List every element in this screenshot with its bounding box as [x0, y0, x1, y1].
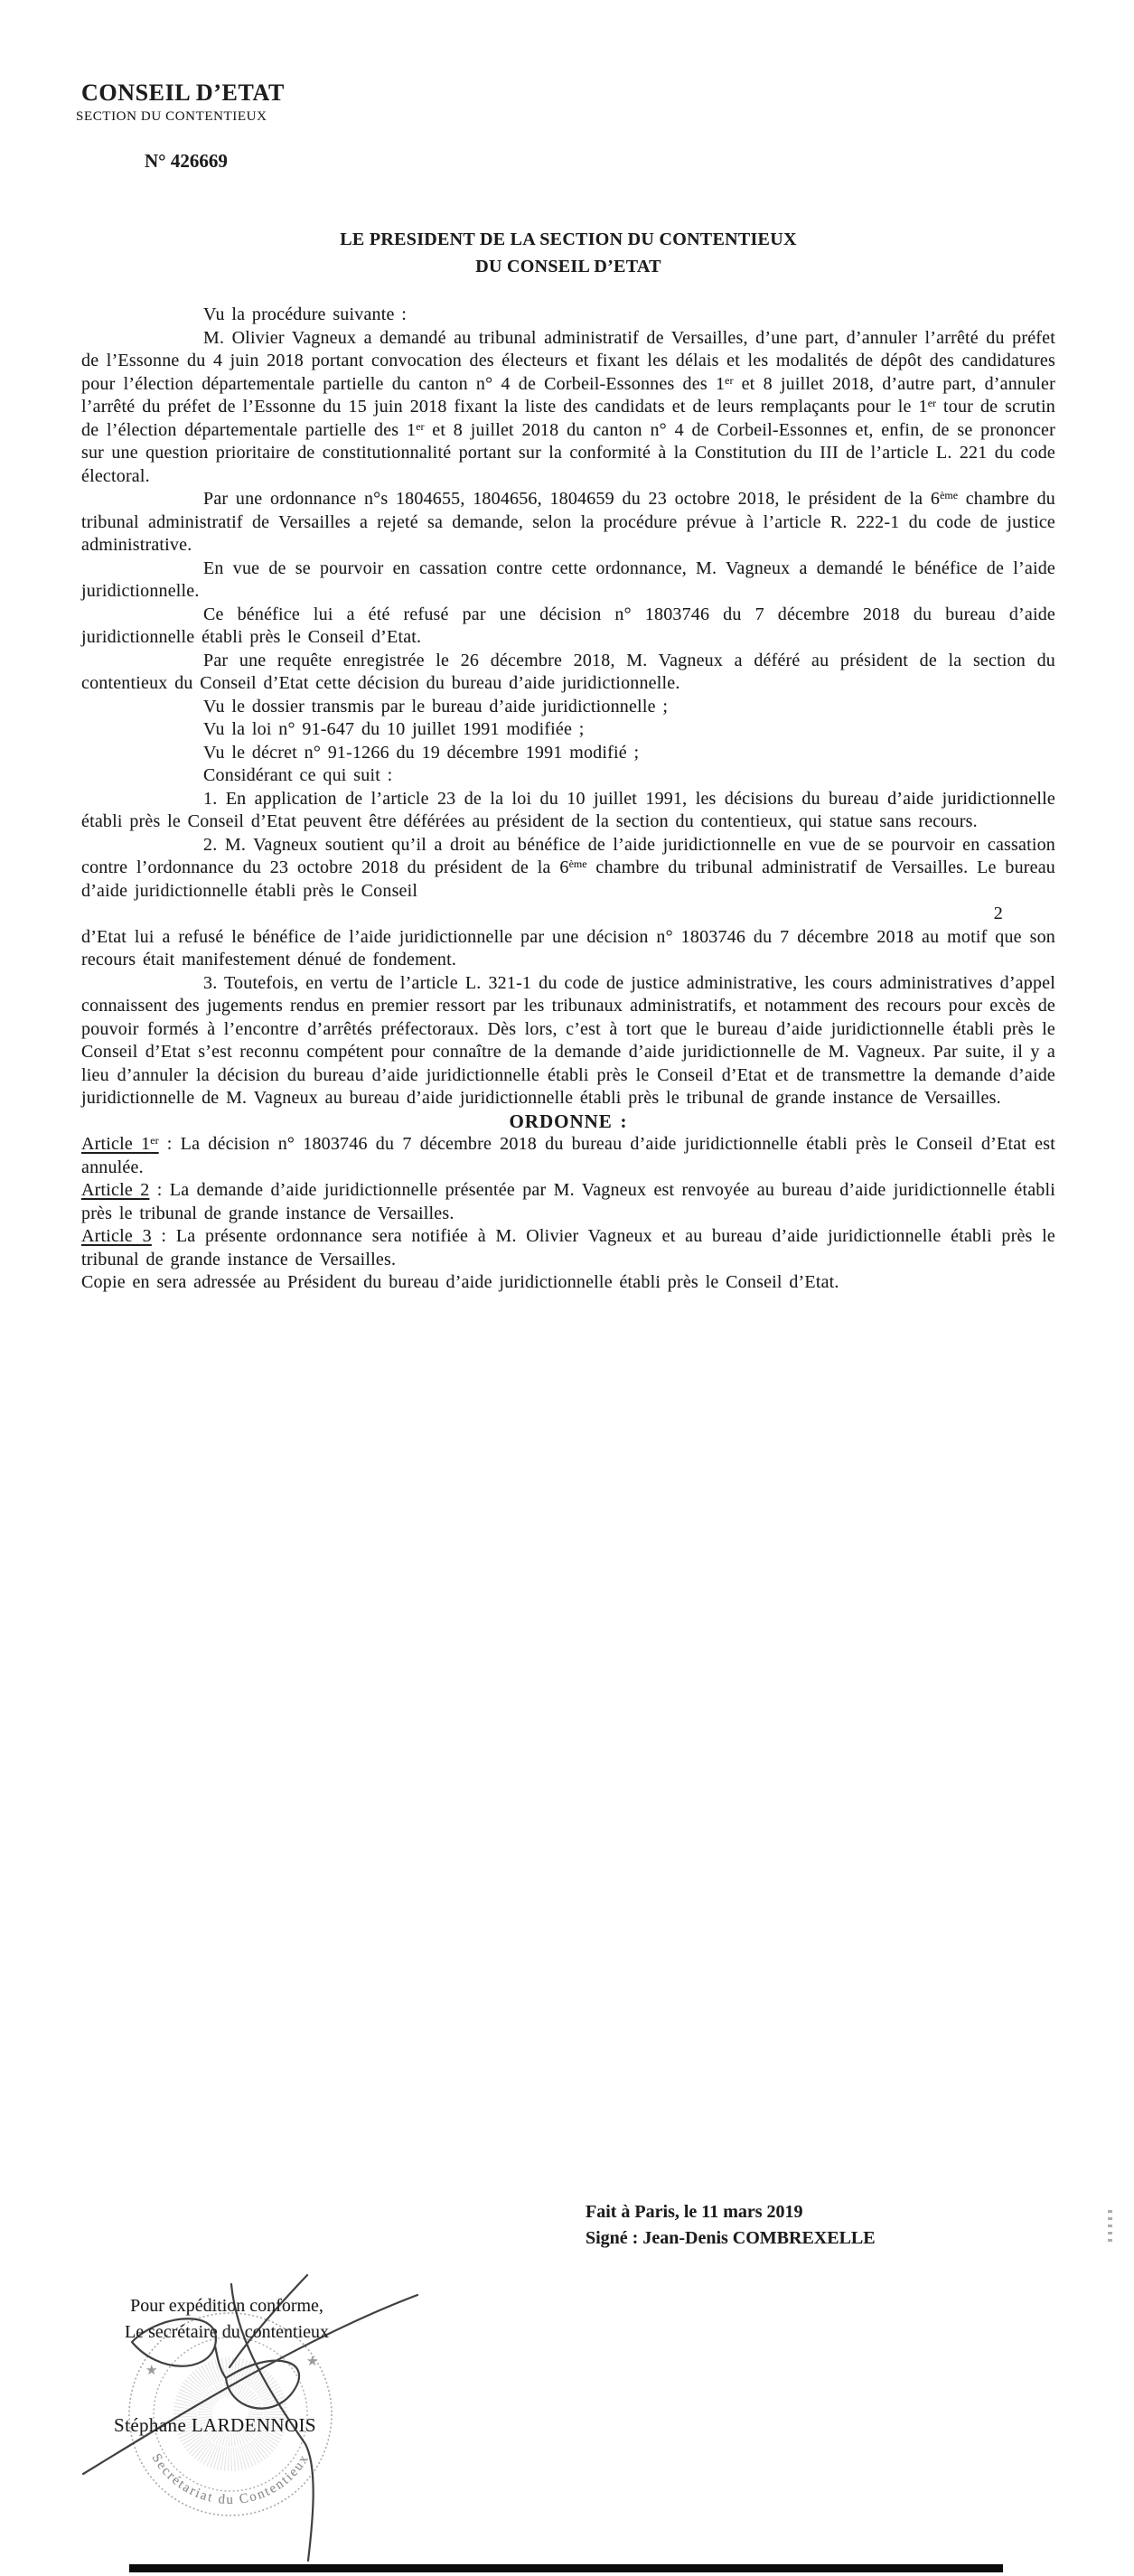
- article-2-label: Article 2: [81, 1180, 149, 1200]
- paragraph-refus: Ce bénéfice lui a été refusé par une déc…: [81, 604, 1055, 650]
- stamp-ring-text: Secrétariat du Contentieux: [148, 2451, 312, 2507]
- signature-block: Fait à Paris, le 11 mars 2019 Signé : Je…: [586, 2199, 876, 2252]
- article-3: Article 3 : La présente ordonnance sera …: [81, 1225, 1055, 1271]
- letterhead: CONSEIL D’ETAT SECTION DU CONTENTIEUX: [81, 80, 285, 125]
- page-number: 2: [81, 903, 1055, 926]
- stamp-star-right-icon: ★: [306, 2355, 318, 2369]
- signature-signed-by: Signé : Jean-Denis COMBREXELLE: [586, 2225, 876, 2252]
- scan-bottom-bar: [129, 2564, 1003, 2572]
- title-line-2: DU CONSEIL D’ETAT: [81, 253, 1055, 280]
- article-1-text: : La décision n° 1803746 du 7 décembre 2…: [81, 1134, 1055, 1177]
- visa-line: Vu le décret n° 91-1266 du 19 décembre 1…: [81, 742, 1055, 765]
- paragraph-request: M. Olivier Vagneux a demandé au tribunal…: [81, 327, 1055, 489]
- scanned-ordinance-page: CONSEIL D’ETAT SECTION DU CONTENTIEUX N°…: [0, 0, 1134, 2576]
- visa-line: Vu la loi n° 91-647 du 10 juillet 1991 m…: [81, 718, 1055, 742]
- point-2-part-2: d’Etat lui a refusé le bénéfice de l’aid…: [81, 926, 1055, 972]
- scan-artifact-dashes: [1108, 2210, 1112, 2246]
- article-3-label: Article 3: [81, 1226, 152, 1246]
- paragraph-ordonnance: Par une ordonnance n°s 1804655, 1804656,…: [81, 488, 1055, 557]
- signature-place-date: Fait à Paris, le 11 mars 2019: [586, 2199, 876, 2225]
- certification-line-1: Pour expédition conforme,: [87, 2293, 367, 2319]
- point-2-part-1: 2. M. Vagneux soutient qu’il a droit au …: [81, 834, 1055, 904]
- article-3-text: : La présente ordonnance sera notifiée à…: [81, 1226, 1055, 1269]
- title-line-1: LE PRESIDENT DE LA SECTION DU CONTENTIEU…: [81, 226, 1055, 253]
- point-3: 3. Toutefois, en vertu de l’article L. 3…: [81, 972, 1055, 1110]
- document-body: Vu la procédure suivante : M. Olivier Va…: [81, 304, 1055, 1295]
- article-3-copy-line: Copie en sera adressée au Président du b…: [81, 1271, 1055, 1295]
- secretary-name: Stéphane LARDENNOIS: [114, 2414, 316, 2437]
- article-2: Article 2 : La demande d’aide juridictio…: [81, 1179, 1055, 1225]
- certification-line-2: Le secrétaire du contentieux: [87, 2319, 367, 2346]
- article-1: Article 1er : La décision n° 1803746 du …: [81, 1133, 1055, 1179]
- paragraph-cassation: En vue de se pourvoir en cassation contr…: [81, 557, 1055, 604]
- article-2-text: : La demande d’aide juridictionnelle pré…: [81, 1180, 1055, 1223]
- visa-line: Vu le dossier transmis par le bureau d’a…: [81, 696, 1055, 719]
- ordonne-heading: ORDONNE :: [81, 1110, 1055, 1134]
- stamp-star-left-icon: ★: [145, 2364, 157, 2378]
- svg-text:Secrétariat du Contentieux: Secrétariat du Contentieux: [148, 2451, 312, 2507]
- article-1-label: Article 1er: [81, 1134, 159, 1154]
- considerant-heading: Considérant ce qui suit :: [81, 764, 1055, 788]
- institution-section: SECTION DU CONTENTIEUX: [76, 109, 285, 125]
- document-title: LE PRESIDENT DE LA SECTION DU CONTENTIEU…: [81, 226, 1055, 280]
- case-number: N° 426669: [145, 150, 228, 173]
- paragraph-requete: Par une requête enregistrée le 26 décemb…: [81, 650, 1055, 696]
- certification-block: Pour expédition conforme, Le secrétaire …: [87, 2293, 367, 2346]
- institution-name: CONSEIL D’ETAT: [81, 80, 285, 107]
- point-1: 1. En application de l’article 23 de la …: [81, 788, 1055, 834]
- procedure-intro: Vu la procédure suivante :: [81, 304, 1055, 327]
